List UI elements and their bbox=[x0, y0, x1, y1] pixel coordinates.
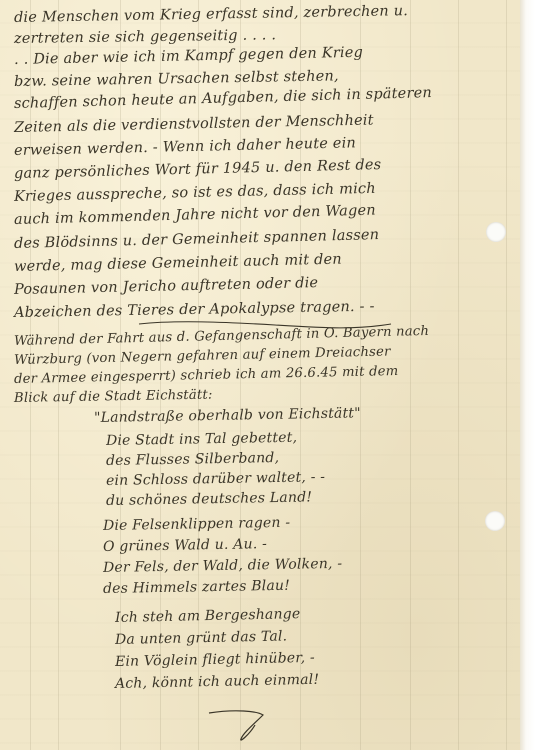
closing-flourish bbox=[205, 705, 285, 745]
poem-line: Die Felsenklippen ragen - bbox=[103, 515, 290, 534]
ruled-line bbox=[410, 0, 411, 750]
poem-line: des Himmels zartes Blau! bbox=[103, 578, 290, 597]
ruled-line bbox=[506, 0, 507, 750]
punch-hole bbox=[485, 511, 505, 531]
poem-line: Die Stadt ins Tal gebettet, bbox=[106, 430, 297, 449]
page-edge bbox=[520, 0, 535, 750]
letter-page: die Menschen vom Krieg erfasst sind, zer… bbox=[0, 0, 520, 750]
punch-hole bbox=[486, 222, 506, 242]
poem-line: des Flusses Silberband, bbox=[106, 450, 279, 469]
ruled-line bbox=[458, 0, 459, 750]
poem-line: O grünes Wald u. Au. - bbox=[103, 536, 267, 555]
